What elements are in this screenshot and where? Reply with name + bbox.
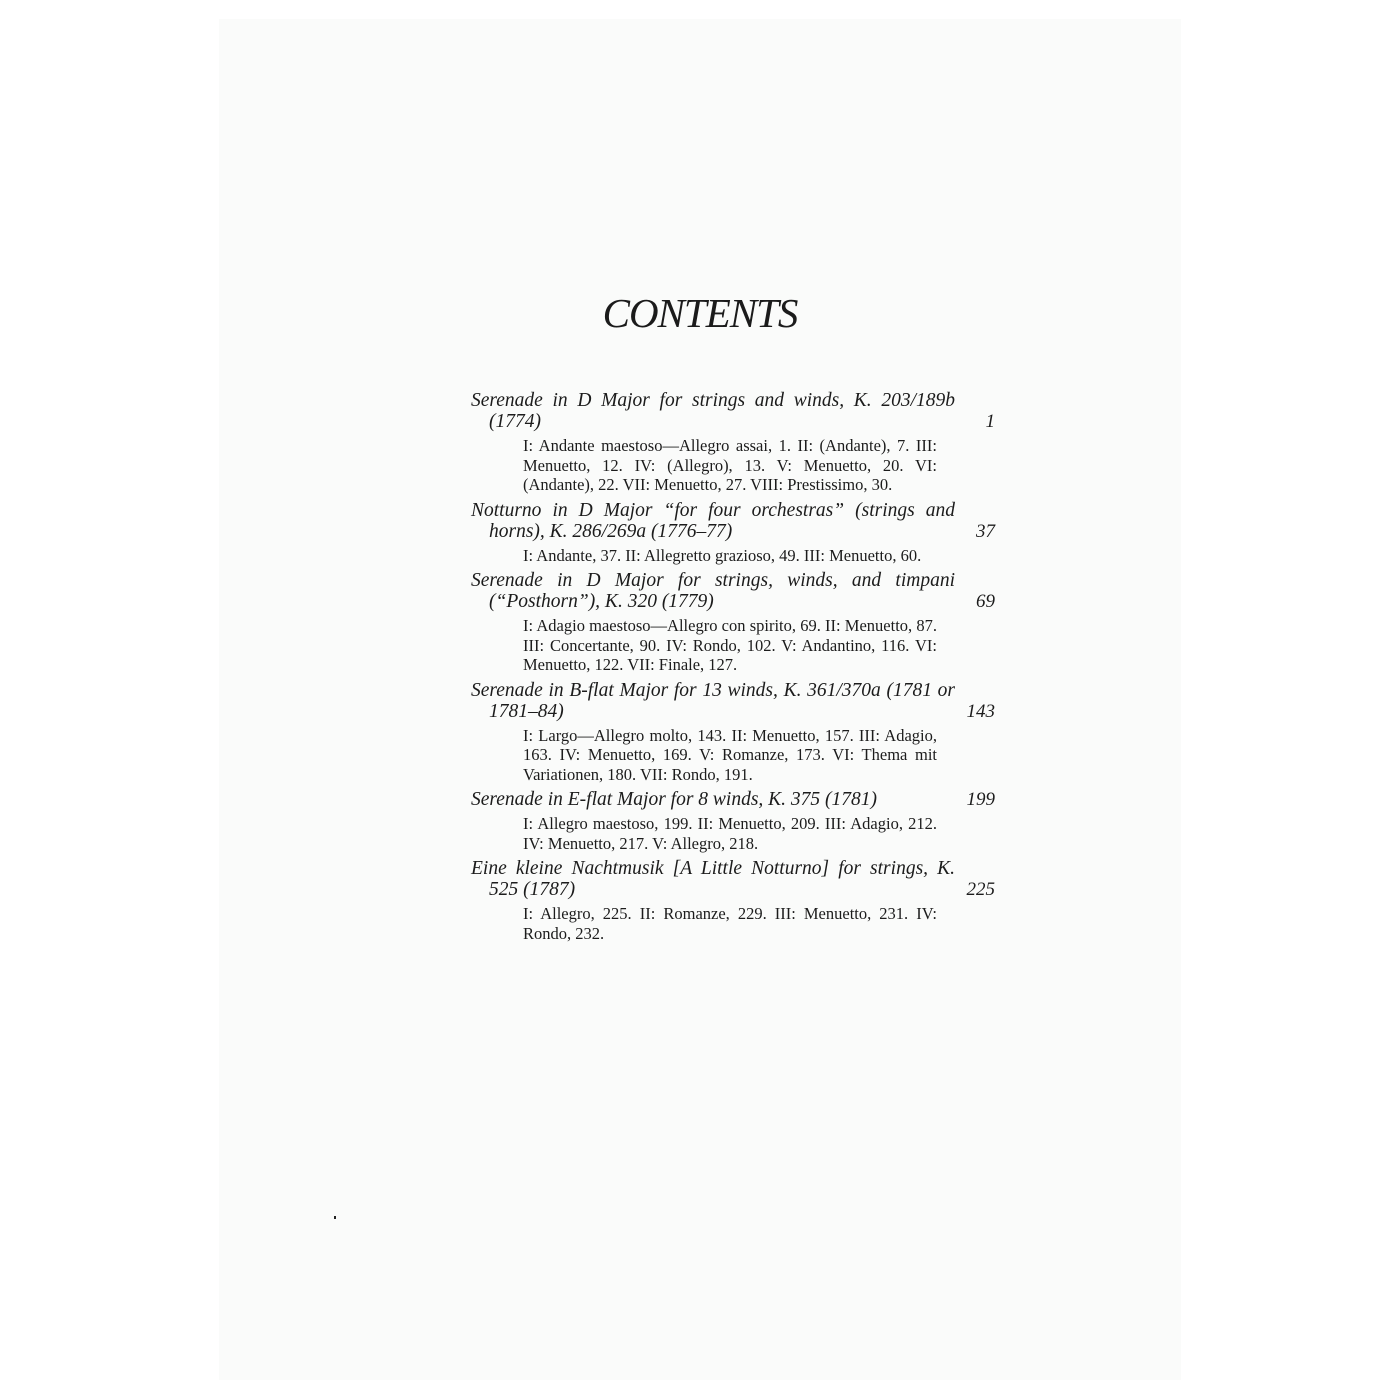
toc-movements: I: Allegro, 225. II: Romanze, 229. III: … xyxy=(523,904,937,943)
toc-entry: Notturno in D Major “for four orchestras… xyxy=(471,500,995,566)
scan-speck xyxy=(334,1216,336,1219)
toc-movements: I: Andante maestoso—Allegro assai, 1. II… xyxy=(523,436,937,495)
toc-entry: Serenade in D Major for strings, winds, … xyxy=(471,570,995,675)
toc-page-number: 143 xyxy=(945,701,995,722)
toc-entry: Serenade in B-flat Major for 13 winds, K… xyxy=(471,680,995,785)
toc-page-number: 199 xyxy=(945,789,995,810)
table-of-contents: Serenade in D Major for strings and wind… xyxy=(471,390,995,948)
toc-page-number: 37 xyxy=(945,521,995,542)
toc-work-title: Serenade in D Major for strings, winds, … xyxy=(471,570,955,612)
toc-work-title: Serenade in D Major for strings and wind… xyxy=(471,390,955,432)
toc-work-title: Eine kleine Nachtmusik [A Little Notturn… xyxy=(471,858,955,900)
toc-page-number: 225 xyxy=(945,879,995,900)
page-title: CONTENTS xyxy=(219,289,1181,337)
toc-movements: I: Allegro maestoso, 199. II: Menuetto, … xyxy=(523,814,937,853)
book-page: CONTENTS Serenade in D Major for strings… xyxy=(219,19,1181,1380)
toc-movements: I: Adagio maestoso—Allegro con spirito, … xyxy=(523,616,937,675)
toc-movements: I: Andante, 37. II: Allegretto grazioso,… xyxy=(523,546,937,566)
toc-entry: Serenade in D Major for strings and wind… xyxy=(471,390,995,495)
toc-work-title: Serenade in B-flat Major for 13 winds, K… xyxy=(471,680,955,722)
toc-movements: I: Largo—Allegro molto, 143. II: Menuett… xyxy=(523,726,937,785)
toc-entry: Eine kleine Nachtmusik [A Little Notturn… xyxy=(471,858,995,943)
toc-page-number: 69 xyxy=(945,591,995,612)
toc-work-title: Serenade in E-flat Major for 8 winds, K.… xyxy=(471,789,955,810)
toc-page-number: 1 xyxy=(945,411,995,432)
toc-entry: Serenade in E-flat Major for 8 winds, K.… xyxy=(471,789,995,853)
toc-work-title: Notturno in D Major “for four orchestras… xyxy=(471,500,955,542)
